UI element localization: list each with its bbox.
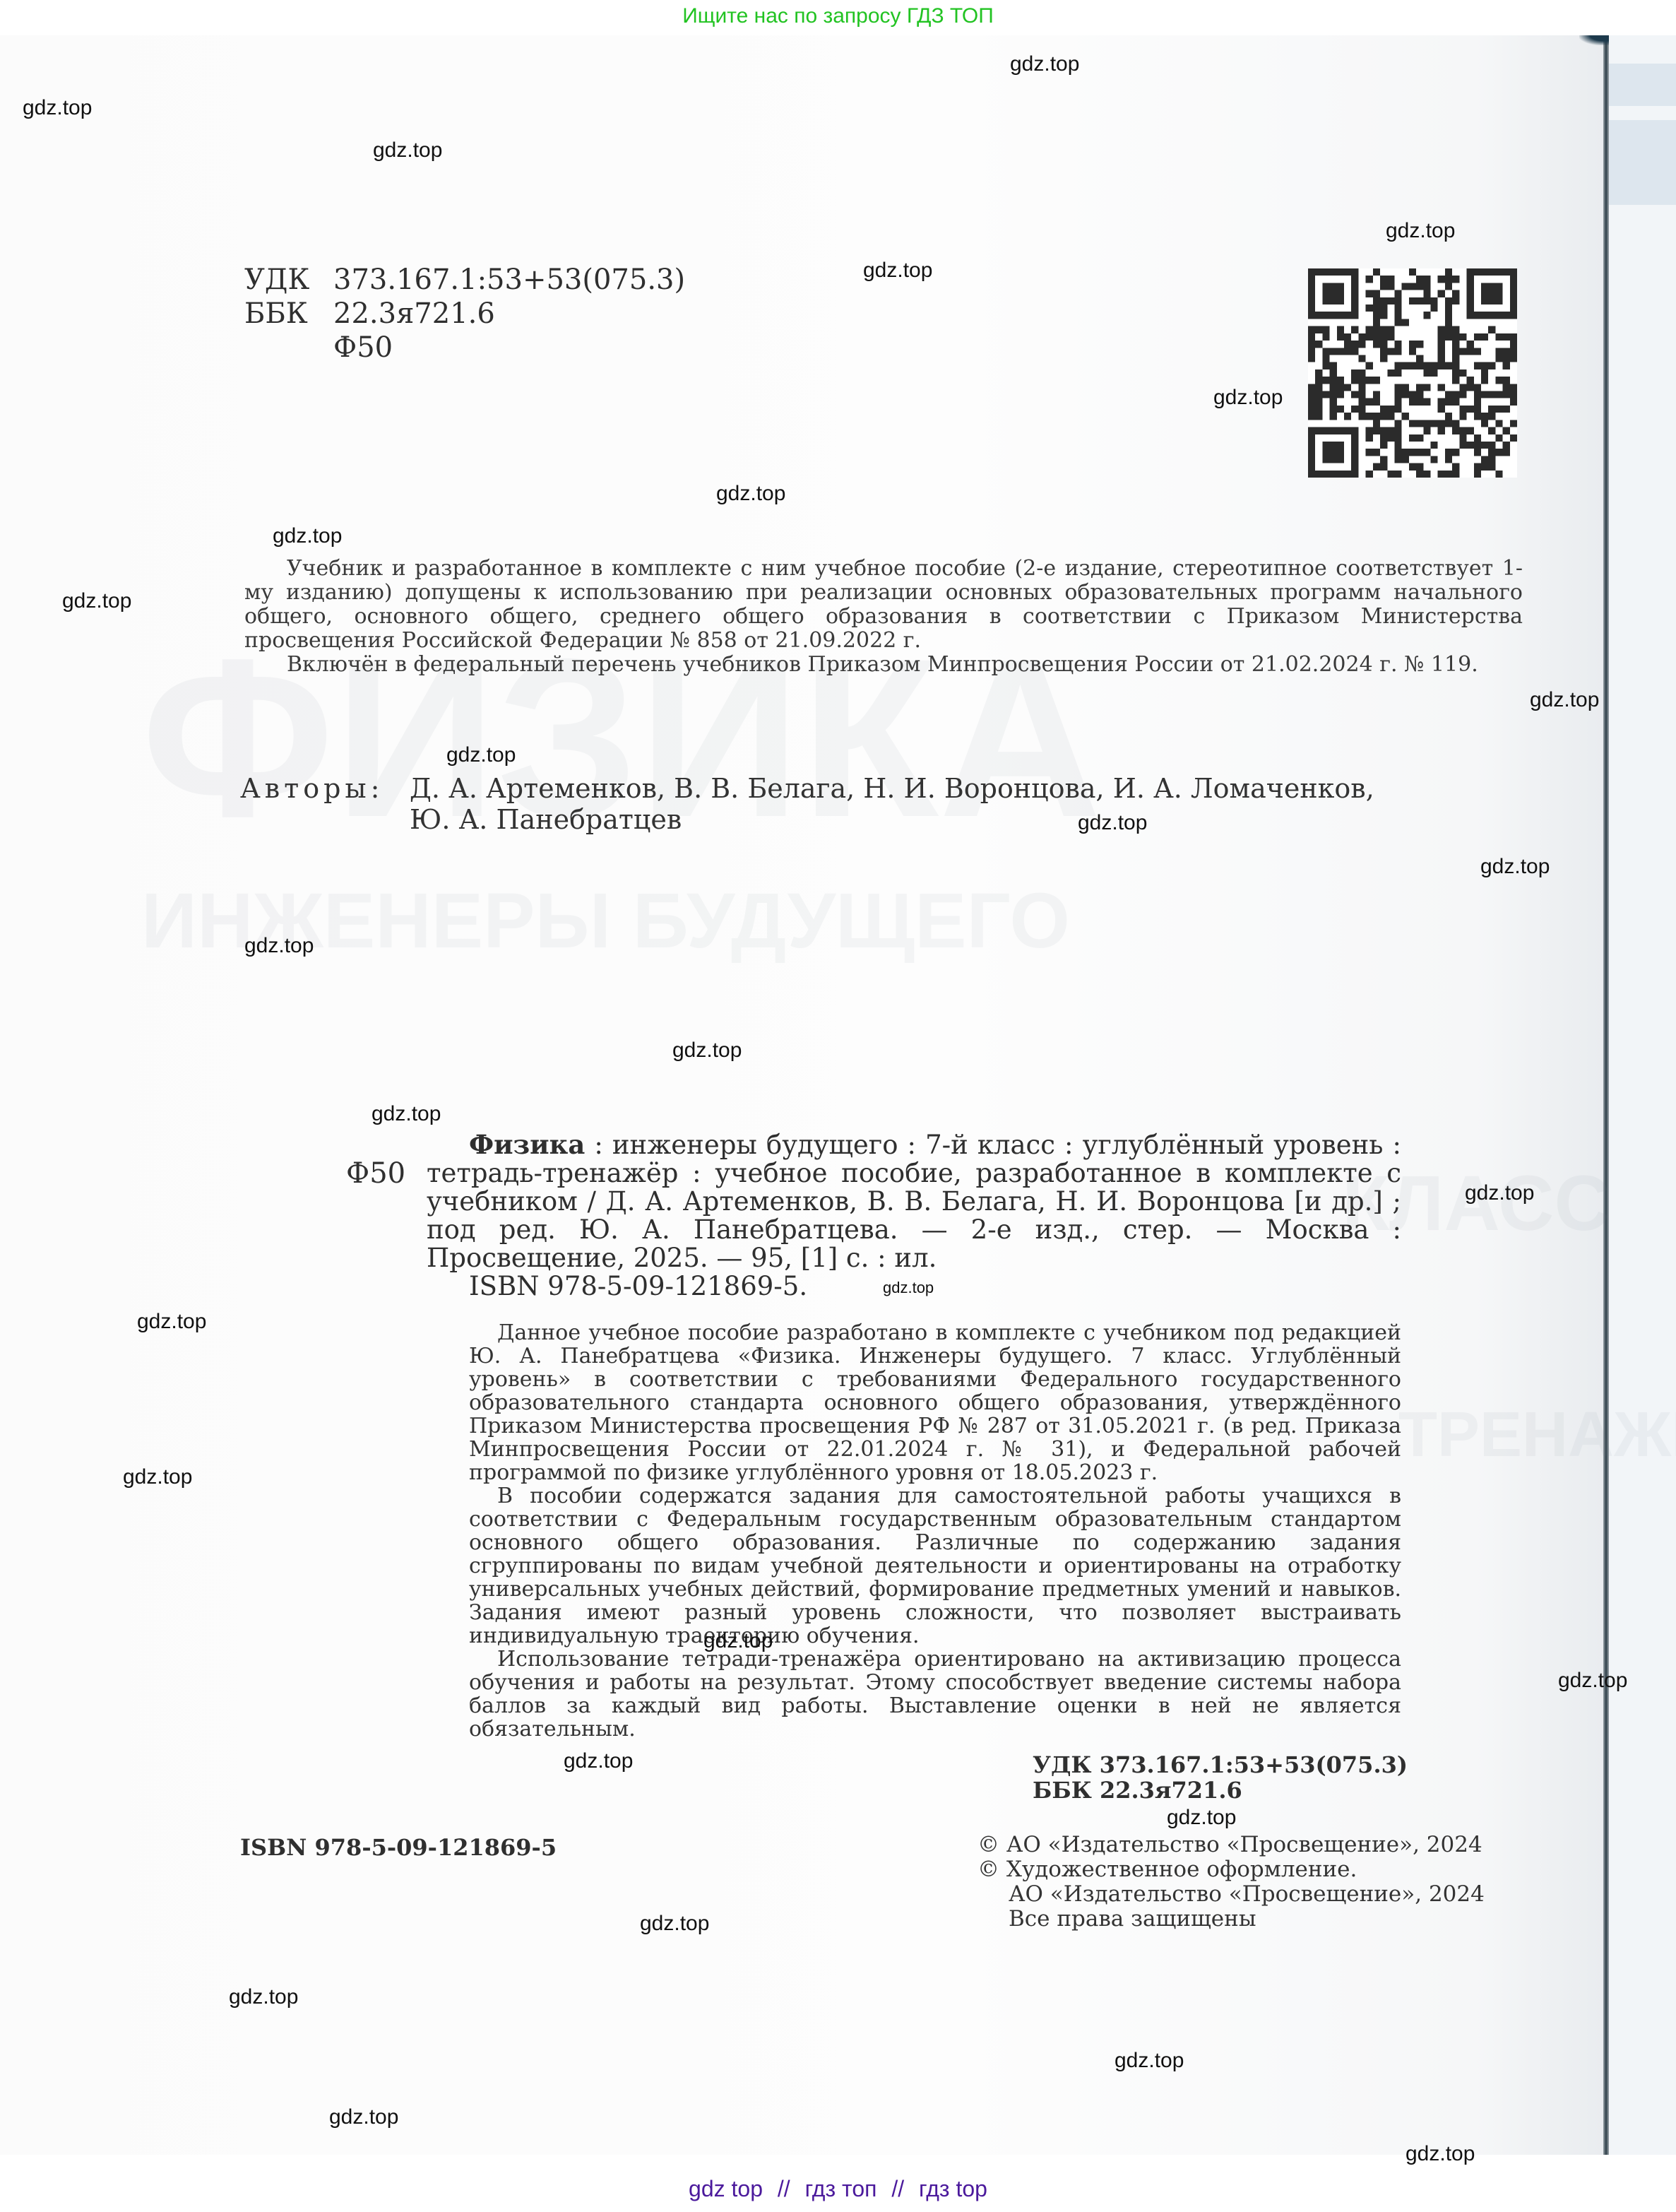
udk-bottom: УДК 373.167.1:53+53(075.3): [1033, 1752, 1408, 1778]
udk-value: 373.167.1:53+53(075.3): [333, 264, 685, 296]
watermark: gdz.top: [1480, 855, 1550, 879]
watermark: gdz.top: [123, 1465, 192, 1489]
copyright-line: Все права защищены: [977, 1907, 1485, 1932]
watermark: gdz.top: [23, 96, 92, 120]
annotation-paragraph: Данное учебное пособие разработано в ком…: [469, 1321, 1401, 1484]
watermark: gdz.top: [1213, 386, 1283, 410]
watermark: gdz.top: [273, 524, 342, 548]
watermark: gdz.top: [229, 1985, 298, 2009]
book-title: Физика: [469, 1129, 585, 1160]
udc-block-top: УДК373.167.1:53+53(075.3) ББК22.3я721.6 …: [244, 263, 685, 365]
approval-paragraph: Учебник и разработанное в комплекте с ни…: [244, 557, 1523, 653]
watermark: gdz.top: [863, 259, 932, 283]
approval-notice: Учебник и разработанное в комплекте с ни…: [244, 557, 1523, 677]
watermark: gdz.top: [703, 1629, 773, 1653]
udc-block-bottom: УДК 373.167.1:53+53(075.3) ББК 22.3я721.…: [1033, 1752, 1408, 1803]
approval-paragraph: Включён в федеральный перечень учебников…: [244, 653, 1523, 677]
footer-separator: //: [778, 2176, 790, 2201]
watermark: gdz.top: [1115, 2049, 1184, 2073]
footer-links: gdz top // гдз топ // гдз top: [0, 2176, 1676, 2202]
ghost-trainer: ТРЕНАЖЁР: [1398, 1399, 1676, 1472]
watermark: gdz.top: [1386, 219, 1455, 243]
watermark: gdz.top: [1167, 1806, 1236, 1830]
annotation-paragraph: Использование тетради-тренажёра ориентир…: [469, 1648, 1401, 1741]
copyright-line: © АО «Издательство «Просвещение», 2024: [977, 1833, 1485, 1857]
watermark: gdz.top: [1558, 1669, 1627, 1693]
footer-link[interactable]: gdz top: [689, 2176, 763, 2201]
watermark: gdz.top: [372, 1102, 441, 1126]
adjacent-page-edge: [1609, 35, 1676, 2155]
watermark: gdz.top: [564, 1749, 633, 1773]
watermark: gdz.top: [373, 138, 442, 162]
watermark: gdz.top: [1405, 2142, 1475, 2166]
watermark: gdz.top: [640, 1912, 709, 1936]
watermark: gdz.top: [329, 2105, 398, 2129]
watermark: gdz.top: [1010, 52, 1079, 76]
udk-label: УДК: [244, 263, 333, 297]
watermark: gdz.top: [716, 482, 785, 506]
book-spine: [1603, 35, 1609, 2155]
watermark: gdz.top: [1078, 811, 1147, 835]
authors-line: Ю. А. Панебратцев: [240, 804, 1511, 835]
isbn: ISBN 978-5-09-121869-5: [240, 1834, 557, 1861]
authors-line: Д. А. Артеменков, В. В. Белага, Н. И. Во…: [410, 773, 1374, 804]
watermark: gdz.top: [244, 934, 314, 958]
copyright-line: © Художественное оформление.: [977, 1857, 1485, 1882]
biblio-code: Ф50: [346, 1157, 405, 1190]
watermark: gdz.top: [62, 589, 131, 613]
search-banner: Ищите нас по запросу ГДЗ ТОП: [0, 0, 1676, 35]
watermark: gdz.top: [137, 1310, 206, 1334]
bbk-label: ББК: [244, 297, 333, 331]
footer-link[interactable]: гдз top: [919, 2176, 987, 2201]
author-mark: Ф50: [333, 331, 393, 364]
bibliographic-record: Физика : инженеры будущего : 7-й класс :…: [427, 1130, 1401, 1301]
authors-label: Авторы:: [240, 773, 410, 804]
copyright-block: © АО «Издательство «Просвещение», 2024 ©…: [977, 1833, 1485, 1932]
copyright-line: АО «Издательство «Просвещение», 2024: [977, 1882, 1485, 1907]
watermark: gdz.top: [1465, 1181, 1534, 1205]
annotation-paragraph: В пособии содержатся задания для самосто…: [469, 1484, 1401, 1648]
watermark: gdz.top: [1530, 688, 1599, 712]
bbk-value: 22.3я721.6: [333, 297, 495, 330]
annotation: Данное учебное пособие разработано в ком…: [469, 1321, 1401, 1741]
watermark: gdz.top: [672, 1039, 742, 1063]
authors-block: Авторы:Д. А. Артеменков, В. В. Белага, Н…: [240, 773, 1511, 835]
footer-separator: //: [891, 2176, 904, 2201]
footer-link[interactable]: гдз топ: [805, 2176, 877, 2201]
watermark: gdz.top: [446, 743, 516, 767]
watermark: gdz.top: [883, 1279, 934, 1297]
qr-code-icon: [1308, 268, 1517, 478]
bbk-bottom: ББК 22.3я721.6: [1033, 1778, 1408, 1803]
